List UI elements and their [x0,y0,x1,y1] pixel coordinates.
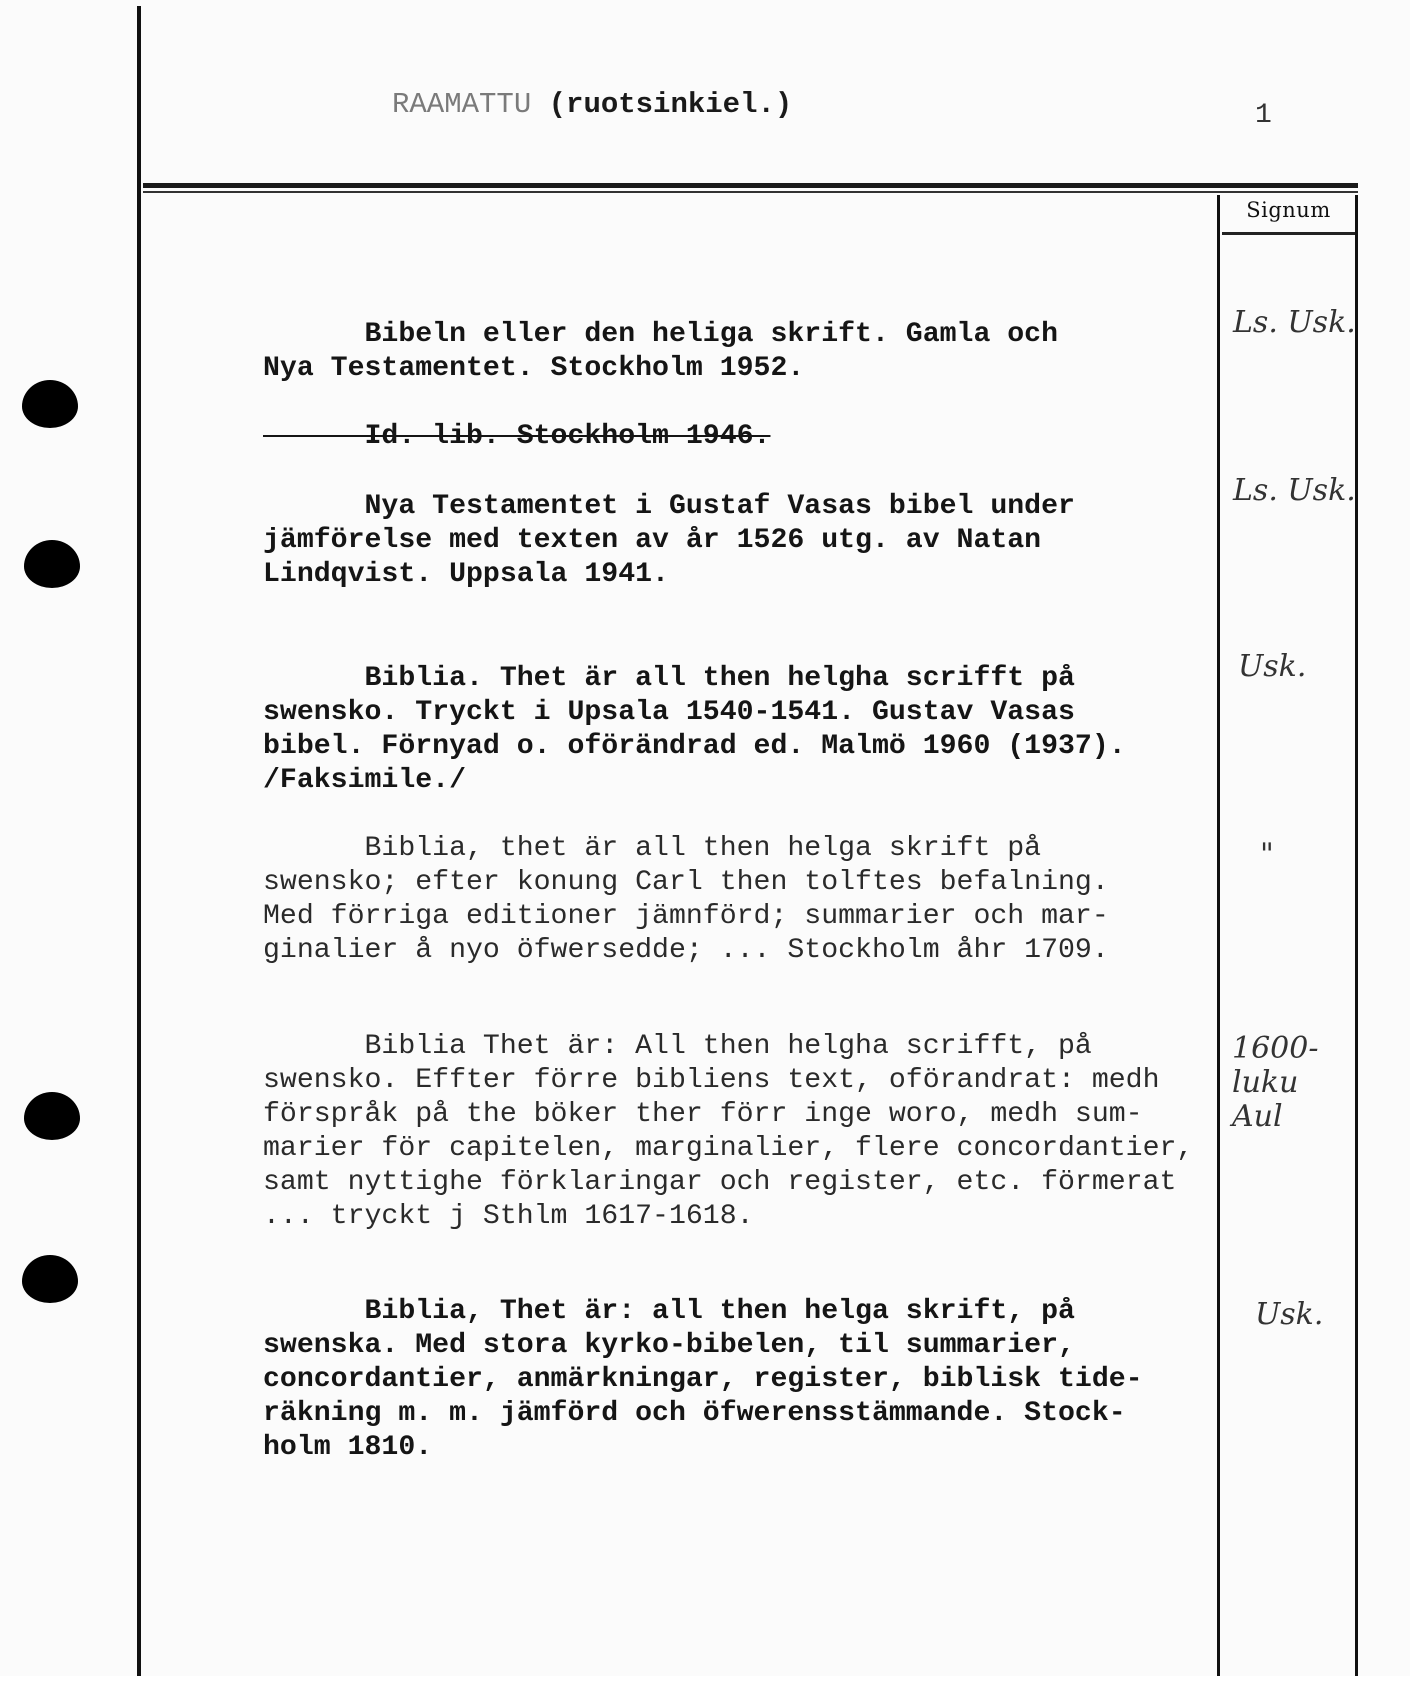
page-title: RAAMATTU (ruotsinkiel.) [392,88,792,121]
punch-hole [22,380,78,428]
catalog-entry: Biblia, Thet är: all then helga skrift, … [263,1295,1143,1465]
signum-note: Usk. [1255,1298,1323,1332]
title-sub: (ruotsinkiel.) [549,88,793,121]
signum-note: Ls. Usk. [1233,474,1356,508]
punch-hole [24,540,80,588]
catalog-entry: Id. lib. Stockholm 1946. [263,420,770,454]
header-rule-thin [143,191,1358,193]
signum-note: 1600- luku Aul [1232,1032,1318,1134]
signum-column-border-left [1217,195,1220,1676]
left-margin-line [137,6,141,1676]
punch-hole [22,1255,78,1303]
signum-note: Ls. Usk. [1233,306,1356,340]
signum-note: " [1260,838,1274,872]
punch-hole [24,1092,80,1140]
title-main: RAAMATTU [392,88,531,121]
page-number: 1 [1255,100,1272,131]
signum-header-rule [1222,232,1355,235]
signum-header: Signum [1222,198,1355,222]
catalog-entry: Bibeln eller den heliga skrift. Gamla oc… [263,318,1058,386]
header-rule [143,183,1358,188]
signum-note: Usk. [1238,650,1306,684]
catalog-entry: Biblia Thet är: All then helgha scrifft,… [263,1030,1193,1234]
catalog-entry: Nya Testamentet i Gustaf Vasas bibel und… [263,490,1075,592]
signum-column-border-right [1355,195,1358,1676]
catalog-entry: Biblia. Thet är all then helgha scrifft … [263,662,1126,798]
catalog-entry: Biblia, thet är all then helga skrift på… [263,832,1109,968]
